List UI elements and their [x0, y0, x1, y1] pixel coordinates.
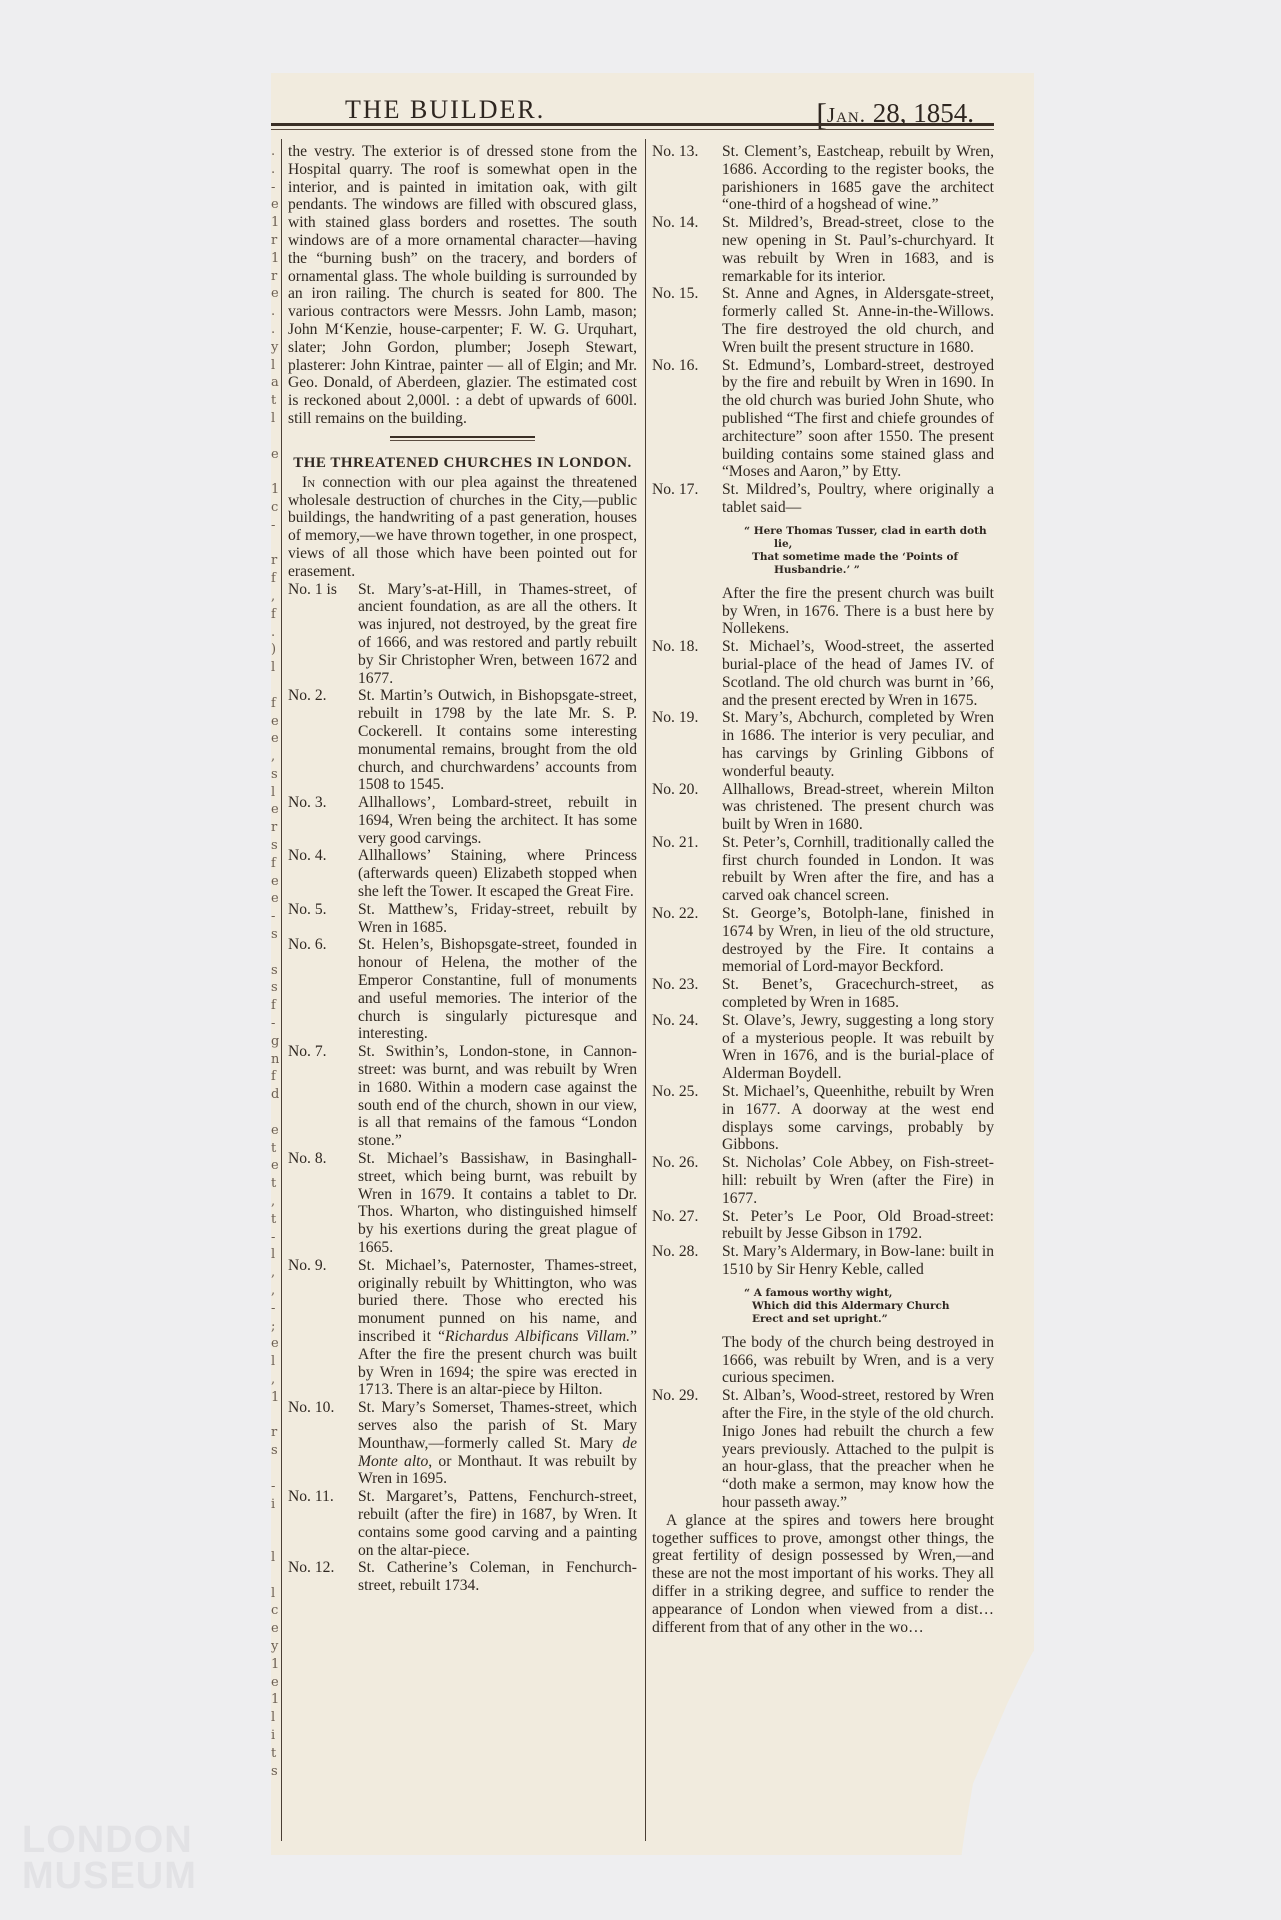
margin-char: s — [271, 962, 279, 980]
watermark-line-1: LONDON — [22, 1822, 197, 1858]
entry-text: St. Michael’s, Queenhithe, rebuilt by Wr… — [722, 1083, 994, 1153]
margin-char: . — [271, 624, 279, 642]
verse-line: “ A famous worthy wight, — [744, 1287, 994, 1300]
entry-text: St. Mildred’s, Bread-street, close to th… — [722, 214, 994, 284]
entry-number: No. 3. — [288, 794, 327, 812]
margin-char: l — [271, 1709, 279, 1727]
margin-char: e — [271, 1620, 279, 1638]
entry-text: St. Catherine’s Coleman, in Fenchurch-st… — [358, 1559, 637, 1594]
margin-char: f — [271, 606, 279, 624]
entry-number: No. 14. — [652, 214, 698, 232]
margin-char: - — [271, 1229, 279, 1247]
entry-number: No. 21. — [652, 834, 698, 852]
margin-char: - — [271, 908, 279, 926]
margin-char: l — [271, 659, 279, 677]
margin-char: 1 — [271, 1656, 279, 1674]
margin-char: , — [271, 588, 279, 606]
margin-char: . — [271, 321, 279, 339]
margin-char: 1 — [271, 250, 279, 268]
opening-paragraph: the vestry. The exterior is of dressed s… — [288, 143, 637, 428]
margin-char — [271, 1460, 279, 1478]
section-divider — [390, 436, 535, 441]
margin-char — [271, 1513, 279, 1531]
entry-number: No. 22. — [652, 905, 698, 923]
church-entry: No. 28.St. Mary’s Aldermary, in Bow-lane… — [652, 1243, 994, 1387]
masthead: THE BUILDER. [Jan. 28, 1854. — [271, 87, 1034, 127]
church-entry: No. 6.St. Helen’s, Bishopsgate-street, f… — [288, 936, 637, 1043]
church-entry: No. 2.St. Martin’s Outwich, in Bishopsga… — [288, 687, 637, 794]
margin-char: r — [271, 268, 279, 286]
margin-char: i — [271, 1496, 279, 1514]
church-entry: No. 10.St. Mary’s Somerset, Thames-stree… — [288, 1399, 637, 1488]
quoted-verse: “ Here Thomas Tusser, clad in earth doth… — [744, 525, 994, 577]
church-list-right: No. 13.St. Clement’s, Eastcheap, rebuilt… — [652, 143, 994, 1512]
margin-char: 1 — [271, 1389, 279, 1407]
verse-line: “ Here Thomas Tusser, clad in earth doth — [744, 525, 994, 538]
margin-char: r — [271, 1424, 279, 1442]
entry-text: St. Mildred’s, Poultry, where originally… — [722, 481, 994, 516]
margin-char: 1 — [271, 1691, 279, 1709]
entry-text: St. Peter’s Le Poor, Old Broad-street: r… — [722, 1208, 994, 1243]
church-entry: No. 20.Allhallows, Bread-street, wherein… — [652, 781, 994, 834]
entry-number: No. 8. — [288, 1150, 327, 1168]
margin-char: n — [271, 1051, 279, 1069]
church-entry: No. 9.St. Michael’s, Paternoster, Thames… — [288, 1257, 637, 1399]
church-entry: No. 24.St. Olave’s, Jewry, suggesting a … — [652, 1012, 994, 1083]
entry-number: No. 12. — [288, 1559, 334, 1577]
verse-line: Which did this Aldermary Church — [744, 1300, 994, 1313]
church-list-left: No. 1 isSt. Mary’s-at-Hill, in Thames-st… — [288, 581, 637, 1595]
margin-char: y — [271, 1638, 279, 1656]
margin-char: f — [271, 855, 279, 873]
entry-number: No. 9. — [288, 1257, 327, 1275]
margin-char: s — [271, 1442, 279, 1460]
entry-text: St. Mary’s, Abchurch, completed by Wren … — [722, 709, 994, 779]
entry-text: St. Mary’s Somerset, Thames-street, whic… — [358, 1399, 637, 1487]
church-entry: No. 23.St. Benet’s, Gracechurch-street, … — [652, 976, 994, 1012]
margin-char: f — [271, 1068, 279, 1086]
margin-char: s — [271, 766, 279, 784]
entry-number: No. 17. — [652, 481, 698, 499]
entry-number: No. 19. — [652, 709, 698, 727]
entry-text: St. Michael’s, Wood-street, the asserted… — [722, 638, 994, 708]
margin-char — [271, 1104, 279, 1122]
church-entry: No. 18.St. Michael’s, Wood-street, the a… — [652, 638, 994, 709]
entry-text: St. Michael’s Bassishaw, in Basinghall-s… — [358, 1150, 637, 1256]
entry-text: St. George’s, Botolph-lane, finished in … — [722, 905, 994, 975]
margin-char: e — [271, 1122, 279, 1140]
publication-title: THE BUILDER. — [345, 95, 545, 125]
margin-char: 1 — [271, 214, 279, 232]
church-entry: No. 12.St. Catherine’s Coleman, in Fench… — [288, 1559, 637, 1595]
entry-text: Allhallows, Bread-street, wherein Milton… — [722, 781, 994, 834]
margin-char: l — [271, 784, 279, 802]
entry-text-part: St. Mary’s Somerset, Thames-street, whic… — [358, 1399, 637, 1452]
intro-dropcap: In — [302, 474, 315, 491]
margin-char: f — [271, 570, 279, 588]
margin-char: . — [271, 161, 279, 179]
masthead-rule-thick — [271, 123, 994, 126]
margin-char — [271, 428, 279, 446]
margin-char: . — [271, 143, 279, 161]
margin-char: e — [271, 873, 279, 891]
margin-char: e — [271, 285, 279, 303]
church-entry: No. 26.St. Nicholas’ Cole Abbey, on Fish… — [652, 1154, 994, 1207]
closing-paragraph: A glance at the spires and towers here b… — [652, 1512, 994, 1637]
margin-char: c — [271, 499, 279, 517]
margin-char: l — [271, 357, 279, 375]
entry-number: No. 15. — [652, 285, 698, 303]
church-entry: No. 14.St. Mildred’s, Bread-street, clos… — [652, 214, 994, 285]
church-entry: No. 19.St. Mary’s, Abchurch, completed b… — [652, 709, 994, 780]
church-entry: No. 29.St. Alban’s, Wood-street, restore… — [652, 1387, 994, 1512]
entry-number: No. 26. — [652, 1154, 698, 1172]
entry-text: St. Mary’s Aldermary, in Bow-lane: built… — [722, 1243, 994, 1278]
date-bracket: [ — [816, 96, 827, 132]
entry-text: St. Helen’s, Bishopsgate-street, founded… — [358, 936, 637, 1042]
entry-text: St. Matthew’s, Friday-street, rebuilt by… — [358, 901, 637, 936]
entry-number: No. 16. — [652, 357, 698, 375]
margin-char: , — [271, 1193, 279, 1211]
center-column-rule — [645, 139, 646, 1841]
entry-number: No. 28. — [652, 1243, 698, 1261]
latin-inscription: Richardus Albificans Villam. — [445, 1328, 630, 1345]
margin-char: e — [271, 890, 279, 908]
entry-continuation: The body of the church being destroyed i… — [722, 1334, 994, 1387]
margin-char: t — [271, 392, 279, 410]
margin-char: e — [271, 1157, 279, 1175]
watermark-line-2: MUSEUM — [22, 1858, 197, 1894]
margin-char: e — [271, 1335, 279, 1353]
margin-char: ) — [271, 641, 279, 659]
margin-char — [271, 1567, 279, 1585]
entry-text: St. Margaret’s, Pattens, Fenchurch-stree… — [358, 1488, 637, 1558]
church-entry: No. 22.St. George’s, Botolph-lane, finis… — [652, 905, 994, 976]
margin-char: y — [271, 339, 279, 357]
margin-char: ; — [271, 1318, 279, 1336]
newspaper-clipping: THE BUILDER. [Jan. 28, 1854. ..-e1r1re..… — [271, 73, 1034, 1855]
margin-char — [271, 463, 279, 481]
entry-text: St. Martin’s Outwich, in Bishopsgate-str… — [358, 687, 637, 793]
entry-number: No. 10. — [288, 1399, 334, 1417]
entry-text: St. Mary’s-at-Hill, in Thames-street, of… — [358, 581, 637, 687]
church-entry: No. 13.St. Clement’s, Eastcheap, rebuilt… — [652, 143, 994, 214]
entry-text: St. Edmund’s, Lombard-street, destroyed … — [722, 357, 994, 481]
margin-char — [271, 1407, 279, 1425]
entry-number: No. 7. — [288, 1043, 327, 1061]
margin-char: r — [271, 232, 279, 250]
margin-char: - — [271, 1478, 279, 1496]
margin-char: e — [271, 713, 279, 731]
entry-number: No. 23. — [652, 976, 698, 994]
entry-text: St. Benet’s, Gracechurch-street, as comp… — [722, 976, 994, 1011]
margin-char — [271, 677, 279, 695]
church-entry: No. 5.St. Matthew’s, Friday-street, rebu… — [288, 901, 637, 937]
church-entry: No. 11.St. Margaret’s, Pattens, Fenchurc… — [288, 1488, 637, 1559]
margin-char: s — [271, 979, 279, 997]
verse-line: Erect and set upright.” — [744, 1313, 994, 1326]
margin-char: i — [271, 1727, 279, 1745]
margin-char: c — [271, 1602, 279, 1620]
margin-char: e — [271, 1674, 279, 1692]
margin-char: l — [271, 410, 279, 428]
left-column-rule — [281, 139, 282, 1841]
margin-char: s — [271, 1763, 279, 1781]
margin-char: l — [271, 1353, 279, 1371]
margin-char: d — [271, 1086, 279, 1104]
entry-number: No. 18. — [652, 638, 698, 656]
church-entry: No. 21.St. Peter’s, Cornhill, traditiona… — [652, 834, 994, 905]
margin-char: e — [271, 801, 279, 819]
entry-number: No. 20. — [652, 781, 698, 799]
right-column: No. 13.St. Clement’s, Eastcheap, rebuilt… — [652, 143, 994, 1636]
verse-line: lie, — [744, 538, 994, 551]
margin-char: e — [271, 446, 279, 464]
margin-char: g — [271, 1033, 279, 1051]
margin-char: t — [271, 1745, 279, 1763]
margin-char: t — [271, 1140, 279, 1158]
margin-char: - — [271, 179, 279, 197]
margin-char: - — [271, 1015, 279, 1033]
margin-char: a — [271, 374, 279, 392]
entry-text: St. Michael’s, Paternoster, Thames-stree… — [358, 1257, 637, 1399]
entry-text: St. Alban’s, Wood-street, restored by Wr… — [722, 1387, 994, 1511]
masthead-rule-thin — [271, 129, 994, 130]
entry-number: No. 6. — [288, 936, 327, 954]
margin-char: l — [271, 1246, 279, 1264]
left-column: the vestry. The exterior is of dressed s… — [288, 143, 637, 1595]
margin-char: , — [271, 1264, 279, 1282]
church-entry: No. 16.St. Edmund’s, Lombard-street, des… — [652, 357, 994, 482]
quoted-verse: “ A famous worthy wight,Which did this A… — [744, 1287, 994, 1326]
margin-char: r — [271, 552, 279, 570]
margin-char: s — [271, 926, 279, 944]
margin-char: t — [271, 1175, 279, 1193]
margin-char — [271, 1531, 279, 1549]
margin-char — [271, 535, 279, 553]
article-heading: THE THREATENED CHURCHES IN LONDON. — [288, 455, 637, 472]
church-entry: No. 25.St. Michael’s, Queenhithe, rebuil… — [652, 1083, 994, 1154]
church-entry: No. 4.Allhallows’ Staining, where Prince… — [288, 847, 637, 900]
adjacent-column-fragments: ..-e1r1re..ylatl e 1c- rf,f.)l fee,slers… — [271, 143, 279, 1780]
margin-char: t — [271, 1211, 279, 1229]
entry-text: Allhallows’, Lombard-street, rebuilt in … — [358, 794, 637, 847]
entry-number: No. 2. — [288, 687, 327, 705]
entry-number: No. 24. — [652, 1012, 698, 1030]
entry-number: No. 29. — [652, 1387, 698, 1405]
entry-number: No. 4. — [288, 847, 327, 865]
church-entry: No. 7.St. Swithin’s, London-stone, in Ca… — [288, 1043, 637, 1150]
church-entry: No. 17.St. Mildred’s, Poultry, where ori… — [652, 481, 994, 638]
margin-char: l — [271, 1549, 279, 1567]
entry-text: St. Clement’s, Eastcheap, rebuilt by Wre… — [722, 143, 994, 213]
intro-text: connection with our plea against the thr… — [288, 474, 637, 580]
church-entry: No. 15.St. Anne and Agnes, in Aldersgate… — [652, 285, 994, 356]
entry-number: No. 11. — [288, 1488, 334, 1506]
entry-number: No. 13. — [652, 143, 698, 161]
entry-text: St. Swithin’s, London-stone, in Cannon-s… — [358, 1043, 637, 1149]
margin-char: f — [271, 997, 279, 1015]
entry-number: No. 1 is — [288, 581, 337, 599]
entry-number: No. 27. — [652, 1208, 698, 1226]
entry-number: No. 25. — [652, 1083, 698, 1101]
entry-text: St. Anne and Agnes, in Aldersgate-street… — [722, 285, 994, 355]
entry-number: No. 5. — [288, 901, 327, 919]
margin-char: - — [271, 517, 279, 535]
museum-watermark: LONDON MUSEUM — [22, 1822, 197, 1894]
entry-text: St. Peter’s, Cornhill, traditionally cal… — [722, 834, 994, 904]
margin-char: e — [271, 730, 279, 748]
entry-text: St. Olave’s, Jewry, suggesting a long st… — [722, 1012, 994, 1082]
entry-continuation: After the fire the present church was bu… — [722, 585, 994, 638]
margin-char — [271, 944, 279, 962]
margin-char: - — [271, 1300, 279, 1318]
verse-line: Husbandrie.’ ” — [744, 564, 994, 577]
entry-text: Allhallows’ Staining, where Princess (af… — [358, 847, 637, 900]
verse-line: That sometime made the ‘Points of — [744, 551, 994, 564]
margin-char: , — [271, 1371, 279, 1389]
church-entry: No. 1 isSt. Mary’s-at-Hill, in Thames-st… — [288, 581, 637, 688]
church-entry: No. 27.St. Peter’s Le Poor, Old Broad-st… — [652, 1208, 994, 1244]
church-entry: No. 8.St. Michael’s Bassishaw, in Basing… — [288, 1150, 637, 1257]
margin-char: l — [271, 1585, 279, 1603]
article-intro: In connection with our plea against the … — [288, 474, 637, 581]
church-entry: No. 3.Allhallows’, Lombard-street, rebui… — [288, 794, 637, 847]
entry-text: St. Nicholas’ Cole Abbey, on Fish-street… — [722, 1154, 994, 1207]
margin-char: 1 — [271, 481, 279, 499]
margin-char: , — [271, 1282, 279, 1300]
margin-char: e — [271, 196, 279, 214]
margin-char: r — [271, 819, 279, 837]
margin-char: s — [271, 837, 279, 855]
margin-char: f — [271, 695, 279, 713]
margin-char: , — [271, 748, 279, 766]
margin-char: . — [271, 303, 279, 321]
